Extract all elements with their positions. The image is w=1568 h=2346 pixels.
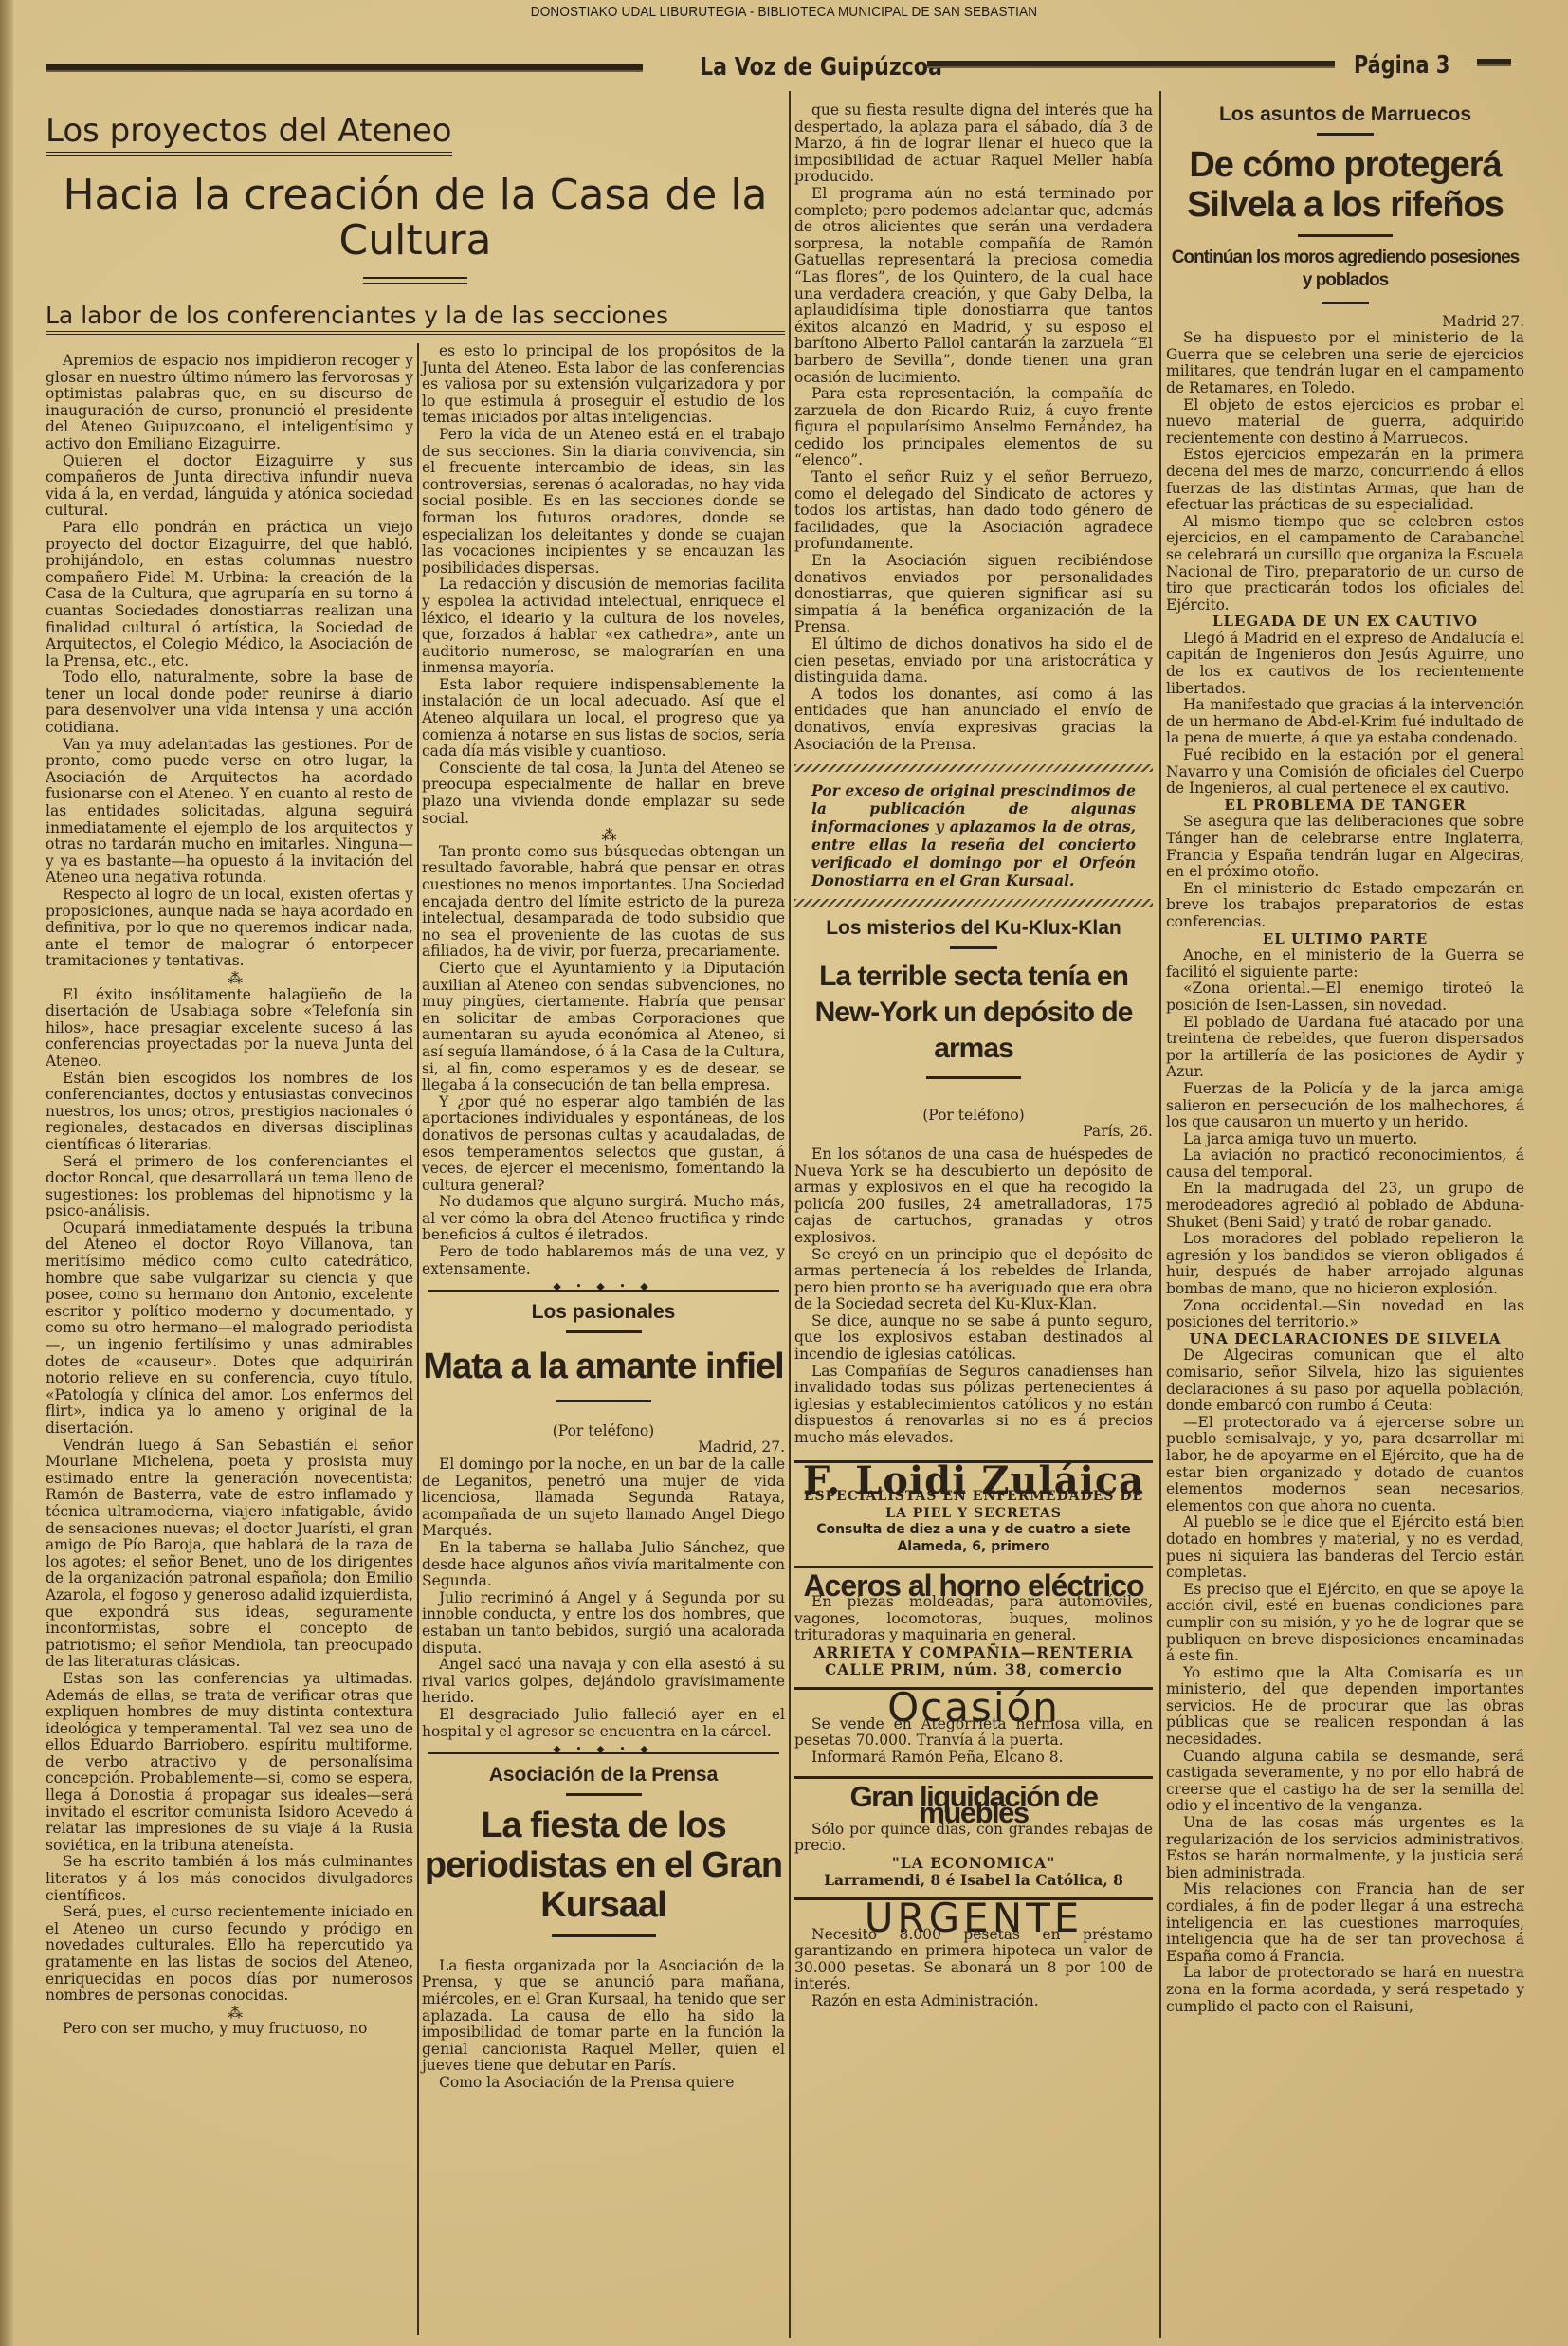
ad-ocasion-title: Ocasión: [794, 1699, 1153, 1716]
paragraph: El objeto de estos ejercicios es probar …: [1166, 397, 1524, 448]
paragraph: En la madrugada del 23, un grupo de mero…: [1166, 1181, 1524, 1231]
prensa-kicker: Asociación de la Prensa: [422, 1767, 785, 1784]
paragraph: Se ha escrito también á los más culminan…: [46, 1854, 413, 1904]
paragraph: Cuando alguna cabila se desmande, será c…: [1166, 1749, 1524, 1815]
paragraph: Y ¿por qué no esperar algo también de la…: [422, 1094, 785, 1195]
paragraph: Quieren el doctor Eizaguirre y sus compa…: [46, 453, 413, 520]
paragraph: —El protectorado va á ejercerse sobre un…: [1166, 1415, 1524, 1515]
ateneo-kicker: Los proyectos del Ateneo: [46, 112, 452, 156]
paragraph: Será, pues, el curso recientemente inici…: [46, 1904, 413, 2005]
masthead-rule-end: [1477, 59, 1511, 66]
rule: [1322, 302, 1369, 304]
marruecos-body: Se ha dispuesto por el ministerio de la …: [1166, 330, 1524, 2015]
column-divider: [789, 91, 791, 2338]
ad-loidi-line: Consulta de diez a una y de cuatro a sie…: [794, 1522, 1153, 1539]
ad-aceros-title: Aceros al horno eléctrico: [794, 1578, 1153, 1595]
paragraph: Julio recriminó á Angel y á Segunda por …: [422, 1590, 785, 1657]
paragraph: Cierto que el Ayuntamiento y la Diputaci…: [422, 961, 785, 1094]
section-heading: LLEGADA DE UN EX CAUTIVO: [1166, 614, 1524, 631]
paragraph: El domingo por la noche, en un bar de la…: [422, 1457, 785, 1540]
column-1: Apremios de espacio nos impidieron recog…: [46, 353, 413, 2038]
paragraph: La labor de protectorado se hará en nues…: [1166, 1965, 1524, 2015]
archive-banner: DONOSTIAKO UDAL LIBURUTEGIA - BIBLIOTECA…: [79, 4, 1490, 20]
paragraph: Llegó á Madrid en el expreso de Andalucí…: [1166, 631, 1524, 697]
ad-muebles: Gran liquidación de muebles Sólo por qui…: [794, 1788, 1153, 1889]
paragraph: Mis relaciones con Francia han de ser co…: [1166, 1881, 1524, 1965]
paragraph: Tan pronto como sus búsquedas obtengan u…: [422, 844, 785, 961]
kkk-kicker: Los misterios del Ku-Klux-Klan: [794, 920, 1153, 937]
ad-ocasion-line: Informará Ramón Peña, Elcano 8.: [794, 1750, 1153, 1767]
marruecos-subheadline: Continúan los moros agrediendo posesione…: [1166, 247, 1524, 292]
paragraph: Están bien escogidos los nombres de los …: [46, 1071, 413, 1154]
paragraph: Como la Asociación de la Prensa quiere: [422, 2075, 785, 2092]
ateneo-header: Los proyectos del Ateneo Hacia la creaci…: [46, 112, 785, 356]
ad-loidi-line: ESPECIALISTAS EN ENFERMEDADES DE LA PIEL…: [794, 1489, 1153, 1522]
paragraph: Estos ejercicios empezarán en la primera…: [1166, 447, 1524, 513]
paragraph: El poblado de Uardana fué atacado por un…: [1166, 1015, 1524, 1081]
ateneo-headline: Hacia la creación de la Casa de la Cultu…: [46, 173, 785, 264]
paragraph: Se asegura que las deliberaciones que so…: [1166, 814, 1524, 880]
ad-muebles-line: Larramendi, 8 é Isabel la Católica, 8: [794, 1872, 1153, 1889]
paragraph: Respecto al logro de un local, existen o…: [46, 887, 413, 970]
ornamental-rule: [428, 1287, 779, 1294]
paragraph: Es preciso que el Ejército, en que se ap…: [1166, 1582, 1524, 1665]
rule: [363, 277, 467, 284]
ornamental-rule: [428, 1750, 779, 1757]
page-edge: [0, 0, 13, 2346]
paragraph: Fué recibido en la estación por el gener…: [1166, 747, 1524, 797]
paragraph: Ocupará inmediatamente después la tribun…: [46, 1220, 413, 1438]
paragraph: Angel sacó una navaja y con ella asestó …: [422, 1657, 785, 1707]
masthead: La Voz de Guipúzcoa Página 3: [46, 49, 1524, 82]
section-break-stars: ⁂: [46, 2005, 413, 2022]
paragraph: El desgraciado Julio falleció ayer en el…: [422, 1707, 785, 1740]
rule: [566, 1793, 642, 1796]
paragraph: Las Compañías de Seguros canadienses han…: [794, 1364, 1153, 1447]
rule: [926, 1076, 1021, 1079]
paragraph: Esta labor requiere indispensablemente l…: [422, 677, 785, 761]
rule: [1298, 234, 1393, 237]
paragraph: Consciente de tal cosa, la Junta del Ate…: [422, 761, 785, 827]
paragraph: A todos los donantes, así como á las ent…: [794, 687, 1153, 753]
prensa-continuation: que su fiesta resulte digna del interés …: [794, 102, 1153, 753]
ad-urgente-line: Razón en esta Administración.: [794, 1993, 1153, 2010]
ad-loidi: F. Loidi Zuláica ESPECIALISTAS EN ENFERM…: [794, 1473, 1153, 1556]
ad-loidi-line: Alameda, 6, primero: [794, 1539, 1153, 1556]
paragraph: El último de dichos donativos ha sido el…: [794, 636, 1153, 687]
rule: [556, 1400, 651, 1402]
paragraph: Anoche, en el ministerio de la Guerra se…: [1166, 947, 1524, 981]
paragraph: Será el primero de los conferenciantes e…: [46, 1154, 413, 1220]
paragraph: En los sótanos de una casa de huéspedes …: [794, 1146, 1153, 1247]
ad-aceros-line: CALLE PRIM, núm. 38, comercio: [794, 1661, 1153, 1678]
paragraph: Tanto el señor Ruiz y el señor Berruezo,…: [794, 469, 1153, 553]
section-break-stars: ⁂: [422, 827, 785, 844]
paragraph: El éxito insólitamente halagüeño de la d…: [46, 987, 413, 1071]
paragraph: que su fiesta resulte digna del interés …: [794, 102, 1153, 186]
paragraph: La redacción y discusión de memorias fac…: [422, 577, 785, 677]
kkk-body: En los sótanos de una casa de huéspedes …: [794, 1146, 1153, 1447]
paragraph: De Algeciras comunican que el alto comis…: [1166, 1347, 1524, 1414]
page-number: Página 3: [1354, 51, 1449, 80]
ateneo-continuation: es esto lo principal de los propósitos d…: [422, 343, 785, 1277]
ad-ocasion-body: Se vende en Ategorrieta hermosa villa, e…: [794, 1716, 1153, 1750]
column-2: es esto lo principal de los propósitos d…: [422, 343, 785, 2091]
paragraph: Al mismo tiempo que se celebren estos ej…: [1166, 514, 1524, 614]
ad-urgente-title: URGENTE: [794, 1910, 1153, 1927]
paragraph: Para esta representación, la compañía de…: [794, 386, 1153, 469]
ad-muebles-line: "LA ECONOMICA": [794, 1855, 1153, 1872]
column-divider: [417, 343, 419, 2335]
paragraph: Pero la vida de un Ateneo está en el tra…: [422, 427, 785, 577]
wavy-rule: [794, 899, 1153, 907]
masthead-rule-right: [927, 61, 1335, 68]
paragraph: Pero con ser mucho, y muy fructuoso, no: [46, 2021, 413, 2038]
paragraph: Se dice, aunque no se sabe á punto segur…: [794, 1313, 1153, 1364]
marruecos-headline: De cómo protegerá Silvela a los rifeños: [1166, 145, 1524, 225]
paragraph: No dudamos que alguno surgirá. Mucho más…: [422, 1194, 785, 1244]
rule: [552, 1934, 656, 1937]
rule: [566, 1330, 642, 1333]
paragraph: es esto lo principal de los propósitos d…: [422, 343, 785, 427]
ad-urgente: URGENTE Necesito 8.000 pesetas en présta…: [794, 1910, 1153, 2010]
pasionales-headline: Mata a la amante infiel: [422, 1347, 785, 1386]
paragraph: Los moradores del poblado repelieron la …: [1166, 1231, 1524, 1297]
ad-divider: [794, 1776, 1153, 1779]
ateneo-subheadline: La labor de los conferenciantes y la de …: [46, 302, 785, 335]
ad-muebles-title: Gran liquidación de muebles: [794, 1788, 1153, 1822]
kkk-source: (Por teléfono): [794, 1108, 1153, 1125]
paper-name: La Voz de Guipúzcoa: [700, 53, 942, 82]
paragraph: Vendrán luego á San Sebastián el señor M…: [46, 1438, 413, 1671]
ad-aceros-body: En piezas moldeadas, para automóviles, v…: [794, 1594, 1153, 1644]
ad-loidi-title: F. Loidi Zuláica: [794, 1473, 1153, 1490]
pasionales-body: El domingo por la noche, en un bar de la…: [422, 1457, 785, 1740]
paragraph: «Zona oriental.—El enemigo tiroteó la po…: [1166, 981, 1524, 1014]
paragraph: La fiesta organizada por la Asociación d…: [422, 1958, 785, 2075]
paragraph: Estas son las conferencias ya ultimadas.…: [46, 1671, 413, 1855]
rule: [1317, 133, 1374, 136]
paragraph: Una de las cosas más urgentes es la regu…: [1166, 1815, 1524, 1881]
prensa-headline: La fiesta de los periodistas en el Gran …: [422, 1805, 785, 1925]
column-divider: [1159, 91, 1161, 2338]
section-heading: UNA DECLARACIONES DE SILVELA: [1166, 1331, 1524, 1348]
paragraph: En la Asociación siguen recibiéndose don…: [794, 553, 1153, 636]
masthead-rule-left: [46, 64, 643, 72]
paragraph: En el ministerio de Estado empezarán en …: [1166, 881, 1524, 931]
paragraph: Apremios de espacio nos impidieron recog…: [46, 353, 413, 453]
paragraph: Yo estimo que la Alta Comisaría es un mi…: [1166, 1665, 1524, 1749]
wavy-rule: [794, 764, 1153, 772]
paragraph: Fuerzas de la Policía y de la jarca amig…: [1166, 1081, 1524, 1131]
section-break-stars: ⁂: [46, 970, 413, 987]
ad-aceros: Aceros al horno eléctrico En piezas mold…: [794, 1578, 1153, 1678]
paragraph: Van ya muy adelantadas las gestiones. Po…: [46, 737, 413, 887]
marruecos-dateline: Madrid 27.: [1166, 314, 1524, 331]
ad-muebles-body: Sólo por quince días, con grandes rebaja…: [794, 1822, 1153, 1855]
section-heading: EL PROBLEMA DE TANGER: [1166, 797, 1524, 815]
column-3: que su fiesta resulte digna del interés …: [794, 102, 1153, 2010]
ad-aceros-line: ARRIETA Y COMPAÑIA—RENTERIA: [794, 1644, 1153, 1661]
paragraph: Se creyó en un principio que el depósito…: [794, 1247, 1153, 1313]
paragraph: Ha manifestado que gracias á la interven…: [1166, 697, 1524, 747]
paragraph: Para ello pondrán en práctica un viejo p…: [46, 520, 413, 669]
column-4: Los asuntos de Marruecos De cómo protege…: [1166, 102, 1524, 2015]
paragraph: Todo ello, naturalmente, sobre la base d…: [46, 669, 413, 736]
paragraph: La jarca amiga tuvo un muerto.: [1166, 1131, 1524, 1148]
pasionales-source: (Por teléfono): [422, 1423, 785, 1440]
paragraph: Zona occidental.—Sin novedad en las posi…: [1166, 1298, 1524, 1331]
paragraph: La aviación no practicó reconocimientos,…: [1166, 1147, 1524, 1181]
pasionales-dateline: Madrid, 27.: [422, 1439, 785, 1457]
rule: [950, 946, 997, 949]
ad-urgente-body: Necesito 8.000 pesetas en préstamo garan…: [794, 1927, 1153, 1993]
paragraph: Pero de todo hablaremos más de una vez, …: [422, 1244, 785, 1277]
section-heading: EL ULTIMO PARTE: [1166, 931, 1524, 948]
editor-note: Por exceso de original prescindimos de l…: [811, 781, 1136, 889]
paragraph: En la taberna se hallaba Julio Sánchez, …: [422, 1540, 785, 1590]
ad-ocasion: Ocasión Se vende en Ategorrieta hermosa …: [794, 1699, 1153, 1766]
kkk-headline: La terrible secta tenía en New-York un d…: [794, 959, 1153, 1067]
paragraph: El programa aún no está terminado por co…: [794, 186, 1153, 386]
prensa-body: La fiesta organizada por la Asociación d…: [422, 1958, 785, 2092]
kkk-dateline: París, 26.: [794, 1124, 1153, 1141]
paragraph: Se ha dispuesto por el ministerio de la …: [1166, 330, 1524, 396]
paragraph: Al pueblo se le dice que el Ejército est…: [1166, 1514, 1524, 1581]
marruecos-kicker: Los asuntos de Marruecos: [1166, 106, 1524, 123]
pasionales-kicker: Los pasionales: [422, 1304, 785, 1321]
